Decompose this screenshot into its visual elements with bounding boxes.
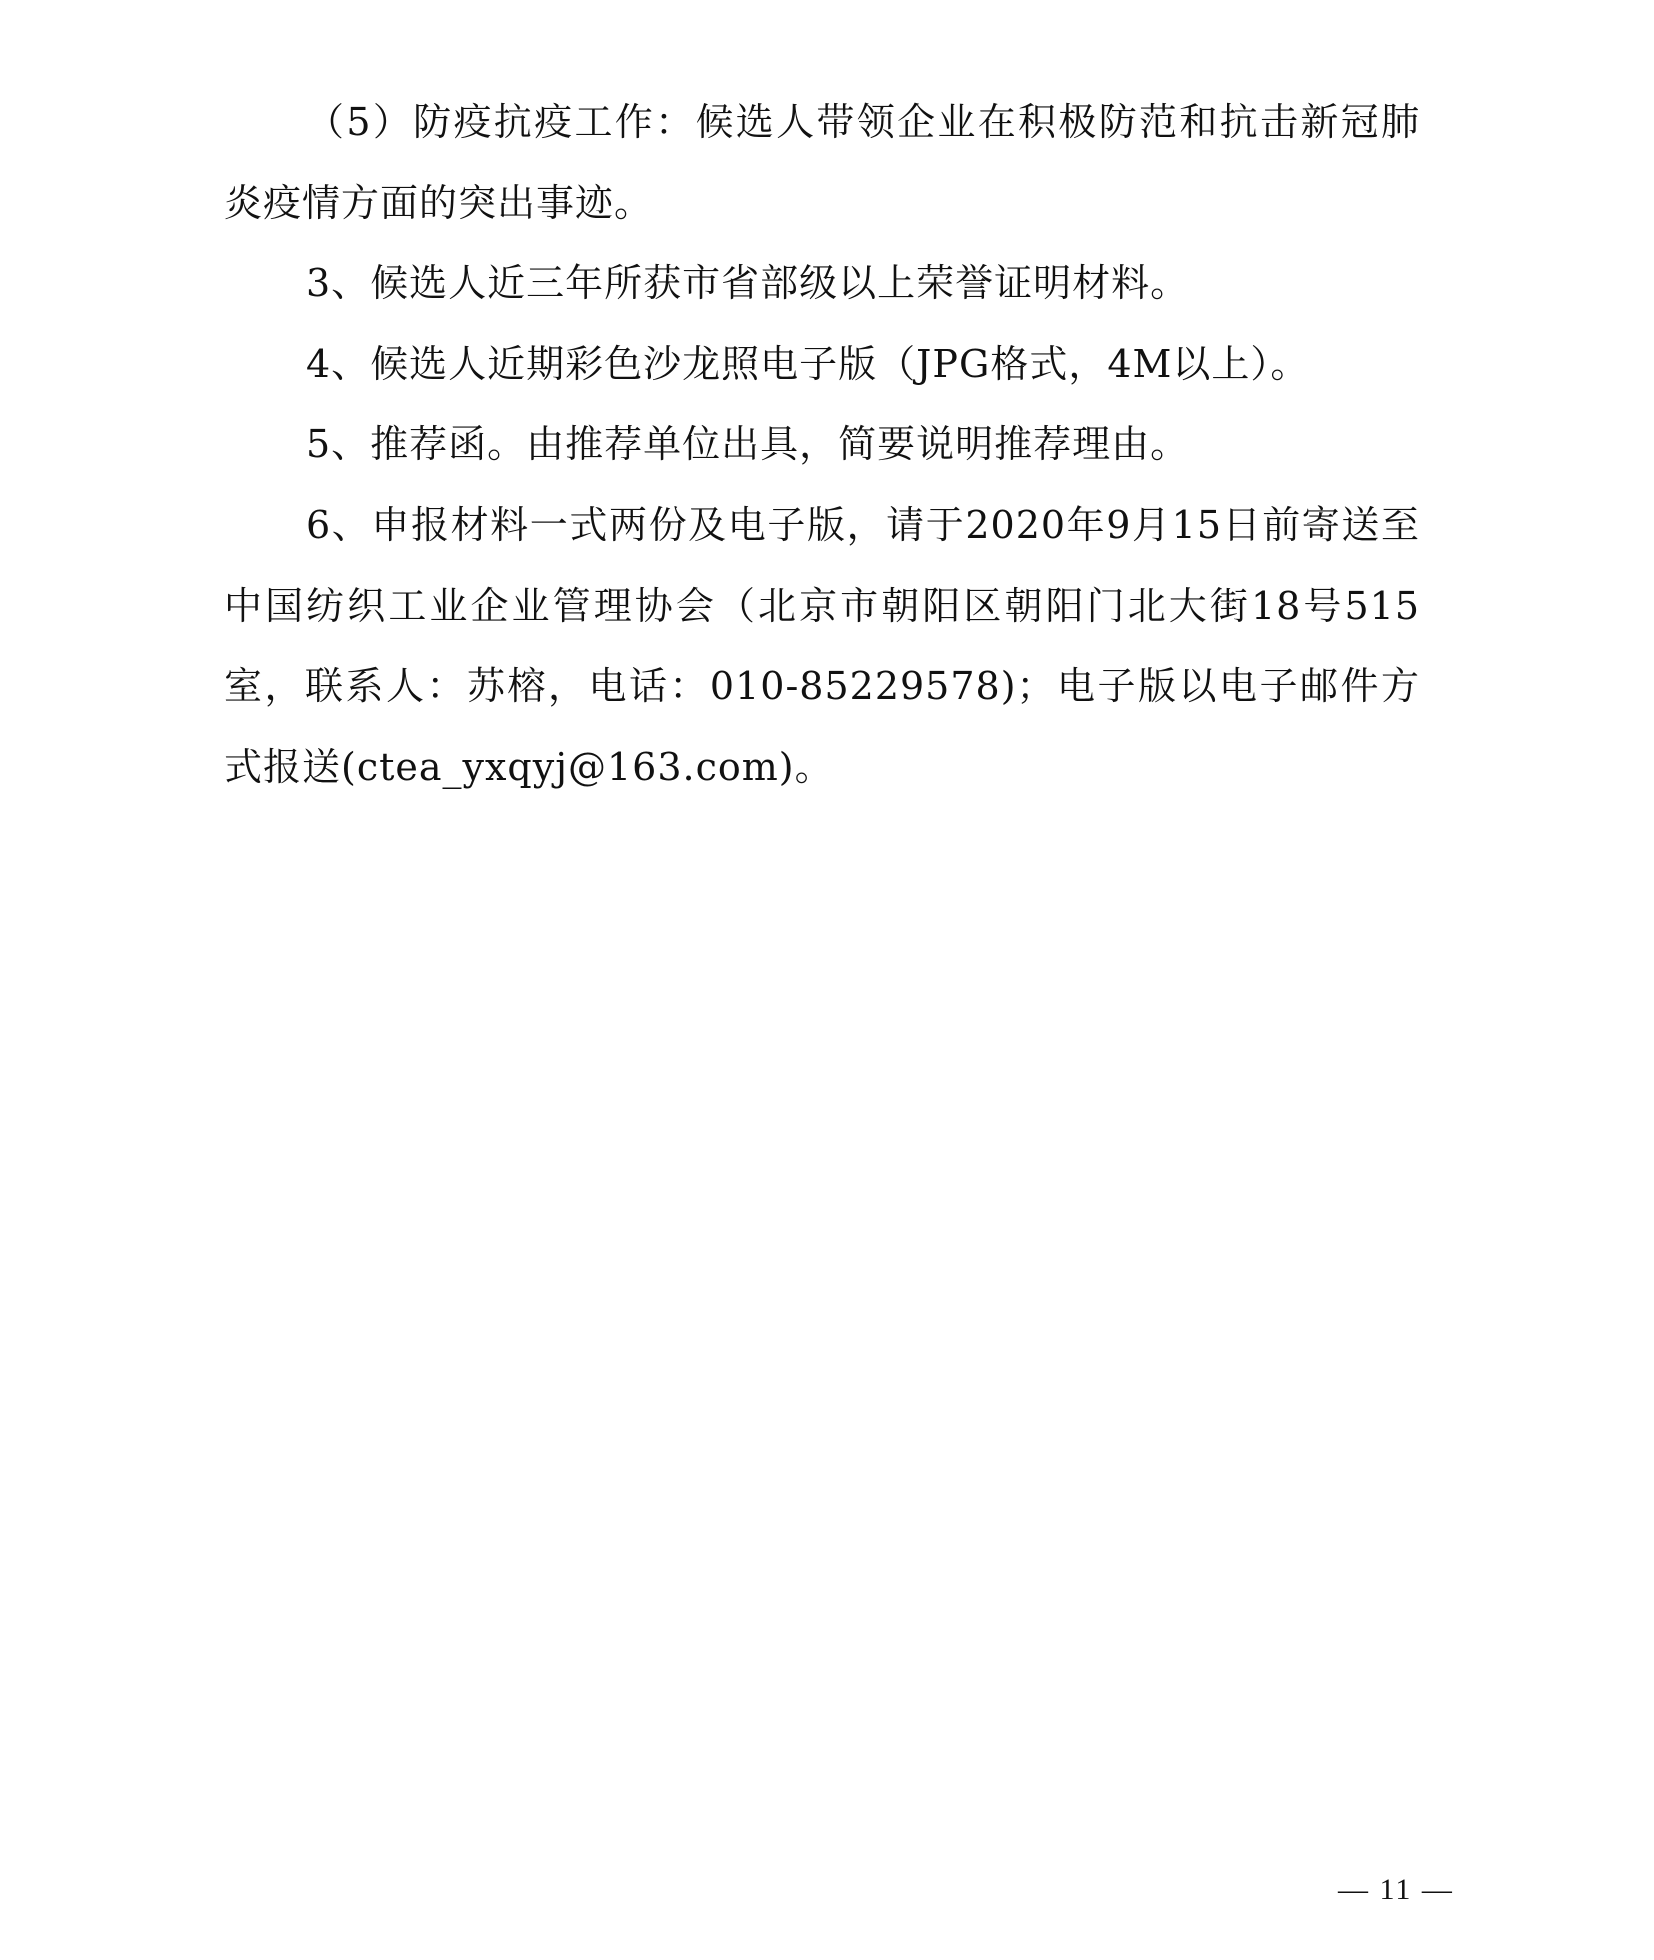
paragraph-photo: 4、候选人近期彩色沙龙照电子版（JPG格式，4M以上）。 bbox=[224, 324, 1420, 405]
paragraph-epidemic-prevention: （5）防疫抗疫工作：候选人带领企业在积极防范和抗击新冠肺炎疫情方面的突出事迹。 bbox=[224, 82, 1420, 243]
paragraph-submission-instructions: 6、申报材料一式两份及电子版，请于2020年9月15日前寄送至中国纺织工业企业管… bbox=[224, 485, 1420, 807]
document-page: （5）防疫抗疫工作：候选人带领企业在积极防范和抗击新冠肺炎疫情方面的突出事迹。 … bbox=[0, 0, 1654, 1960]
document-body: （5）防疫抗疫工作：候选人带领企业在积极防范和抗击新冠肺炎疫情方面的突出事迹。 … bbox=[224, 82, 1420, 807]
paragraph-honor-certificates: 3、候选人近三年所获市省部级以上荣誉证明材料。 bbox=[224, 243, 1420, 324]
page-number: — 11 — bbox=[1338, 1873, 1454, 1907]
paragraph-recommendation-letter: 5、推荐函。由推荐单位出具，简要说明推荐理由。 bbox=[224, 404, 1420, 485]
